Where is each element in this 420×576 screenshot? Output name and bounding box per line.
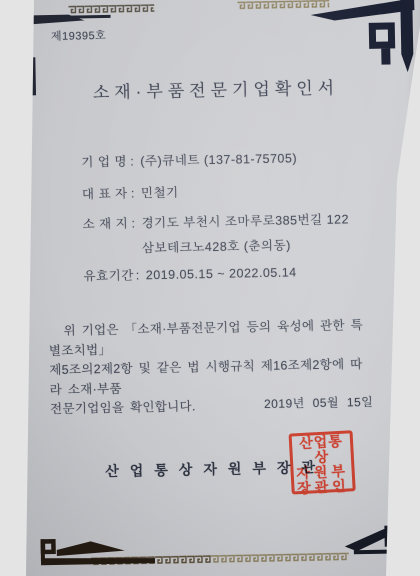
certificate-photo: 제19395호 소재·부품전문기업확인서 기 업 명:(주)큐네트 (137-8… (0, 0, 420, 576)
field-address-line2-value: 삼보테크노428호 (춘의동) (142, 238, 291, 255)
field-validity-label: 유효기간 (83, 265, 134, 284)
document-number: 제19395호 (51, 27, 107, 44)
field-address: 소 재 지:경기도 부천시 조마루로385번길 122 (82, 209, 349, 232)
official-seal: 산업통상 자원부 장관인 (289, 430, 356, 494)
field-ceo-label: 대 표 자 (82, 184, 129, 203)
field-ceo-value: 민철기 (141, 186, 179, 201)
body-line: 위 기업은 「소재·부품전문기업 등의 육성에 관한 특별조치법」 (48, 316, 365, 361)
certificate-paper: 제19395호 소재·부품전문기업확인서 기 업 명:(주)큐네트 (137-8… (0, 0, 420, 576)
field-validity-value: 2019.05.15 ~ 2022.05.14 (146, 265, 297, 282)
field-validity: 유효기간:2019.05.15 ~ 2022.05.14 (83, 262, 296, 284)
field-ceo: 대 표 자:민철기 (82, 183, 179, 203)
field-address-line2: :삼보테크노428호 (춘의동) (83, 235, 291, 257)
issue-date: 2019년 05월 15일 (264, 393, 374, 412)
field-address-value: 경기도 부천시 조마루로385번길 122 (141, 212, 349, 230)
field-company-label: 기 업 명 (81, 152, 128, 171)
official-seal-text: 산업통상 (292, 433, 352, 466)
field-company: 기 업 명:(주)큐네트 (137-81-75705) (81, 148, 297, 170)
corner-ornament-bottomright (339, 511, 420, 561)
field-address-label: 소 재 지 (82, 214, 129, 233)
corner-ornament-topright (294, 0, 417, 130)
official-seal-text: 장관인 (294, 478, 353, 496)
field-company-value: (주)큐네트 (137-81-75705) (140, 151, 297, 168)
corner-ornament-bottomleft (34, 531, 165, 575)
